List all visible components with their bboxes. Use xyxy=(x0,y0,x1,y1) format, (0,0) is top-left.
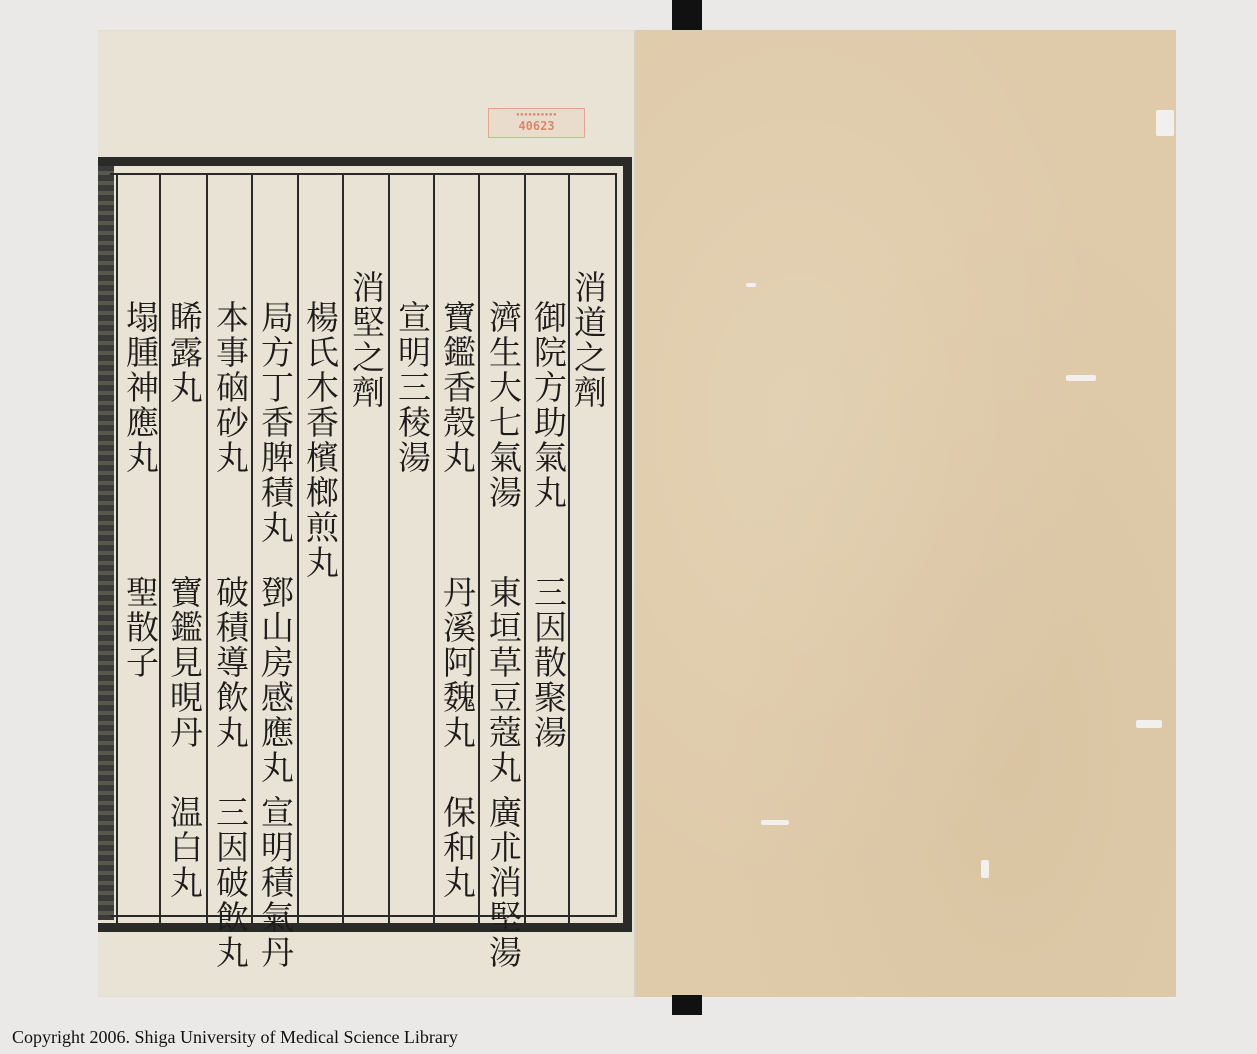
binding-strap-bottom xyxy=(672,995,702,1015)
paper-damage xyxy=(761,820,789,825)
toc-entry: 睎露丸 xyxy=(162,300,206,405)
toc-entry: 三因散聚湯 xyxy=(526,575,570,750)
toc-entry: 御院方助氣丸 xyxy=(526,300,570,510)
toc-entry: 本事硇砂丸 xyxy=(208,300,252,475)
toc-entry: 塌腫神應丸 xyxy=(118,300,162,475)
toc-entry: 宣明積氣丹 xyxy=(253,795,297,970)
left-page: ▪▪▪▪▪▪▪▪▪▪ 40623 消道之劑 御院方助氣丸 三因散聚湯 濟生大七氣… xyxy=(98,30,638,997)
paper-damage xyxy=(1156,110,1174,136)
library-stamp: ▪▪▪▪▪▪▪▪▪▪ 40623 xyxy=(488,108,585,138)
right-page-blank xyxy=(636,30,1176,997)
section-heading: 消道之劑 xyxy=(566,270,610,410)
paper-damage xyxy=(1066,375,1096,381)
toc-entry: 濟生大七氣湯 xyxy=(481,300,525,510)
column-rule xyxy=(388,175,390,923)
toc-entry: 丹溪阿魏丸 xyxy=(435,575,479,750)
column-rule xyxy=(116,175,118,923)
toc-entry: 宣明三稜湯 xyxy=(390,300,434,475)
toc-entry: 温白丸 xyxy=(162,795,206,900)
toc-entry: 局方丁香脾積丸 xyxy=(253,300,297,545)
binding-strap-top xyxy=(672,0,702,34)
column-rule xyxy=(159,175,161,923)
toc-entry: 楊氏木香檳榔煎丸 xyxy=(298,300,342,580)
toc-entry: 寶鑑見晛丹 xyxy=(162,575,206,750)
stamp-header: ▪▪▪▪▪▪▪▪▪▪ xyxy=(489,109,584,118)
toc-entry: 聖散子 xyxy=(118,575,162,680)
toc-entry: 三因破飲丸 xyxy=(208,795,252,970)
toc-entry: 東垣草豆蔻丸 xyxy=(481,575,525,785)
paper-damage xyxy=(981,860,989,878)
paper-damage xyxy=(746,283,756,287)
toc-entry: 鄧山房感應丸 xyxy=(253,575,297,785)
section-heading: 消堅之劑 xyxy=(344,270,388,410)
paper-damage xyxy=(1136,720,1162,728)
toc-entry: 保和丸 xyxy=(435,795,479,900)
toc-entry: 破積導飲丸 xyxy=(208,575,252,750)
toc-entry: 寶鑑香殼丸 xyxy=(435,300,479,475)
toc-entry: 廣朮消堅湯 xyxy=(481,795,525,970)
copyright-notice: Copyright 2006. Shiga University of Medi… xyxy=(12,1027,458,1048)
stamp-number: 40623 xyxy=(489,120,584,132)
